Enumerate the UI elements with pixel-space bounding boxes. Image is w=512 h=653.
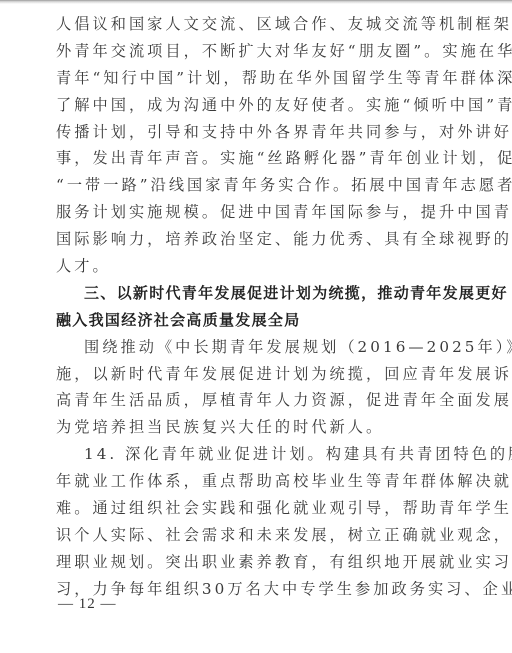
body-line: 青年“知行中国”计划，帮助在华外国留学生等青年群体深入 <box>56 65 449 92</box>
document-page: 人倡议和国家人文交流、区域合作、友城交流等机制框架下的中 外青年交流项目，不断扩… <box>0 0 512 653</box>
body-line: “一带一路”沿线国家青年务实合作。拓展中国青年志愿者海外 <box>56 172 449 199</box>
intro-paragraph-line: 施，以新时代青年发展促进计划为统揽，回应青年发展诉求，提 <box>56 361 449 388</box>
body-line: 人倡议和国家人文交流、区域合作、友城交流等机制框架下的中 <box>56 11 449 38</box>
body-line: 国际影响力，培养政治坚定、能力优秀、具有全球视野的青年 <box>56 226 449 253</box>
section-heading-line-2: 融入我国经济社会高质量发展全局 <box>56 307 449 334</box>
page-top-edge <box>0 0 512 4</box>
item-14-line: 难。通过组织社会实践和强化就业观引导，帮助青年学生客观认 <box>56 495 449 522</box>
body-line: 服务计划实施规模。促进中国青年国际参与，提升中国青年组织 <box>56 199 449 226</box>
item-14-line: 识个人实际、社会需求和未来发展，树立正确就业观念，进行合 <box>56 522 449 549</box>
body-line: 人才。 <box>56 253 449 280</box>
body-line: 外青年交流项目，不断扩大对华友好“朋友圈”。实施在华外国 <box>56 38 449 65</box>
page-number: — 12 — <box>58 596 117 613</box>
body-line: 传播计划，引导和支持中外各界青年共同参与，对外讲好中国故 <box>56 119 449 146</box>
page-body-text: 人倡议和国家人文交流、区域合作、友城交流等机制框架下的中 外青年交流项目，不断扩… <box>56 11 449 603</box>
body-line: 事，发出青年声音。实施“丝路孵化器”青年创业计划，促进 <box>56 145 449 172</box>
section-heading-line-1: 三、以新时代青年发展促进计划为统揽，推动青年发展更好 <box>56 280 449 307</box>
item-14-line: 理职业规划。突出职业素养教育，有组织地开展就业实习和见 <box>56 549 449 576</box>
item-14-line: 14. 深化青年就业促进计划。构建具有共青团特色的服务青 <box>56 441 449 468</box>
item-14-line: 年就业工作体系，重点帮助高校毕业生等青年群体解决就业困 <box>56 468 449 495</box>
body-line: 了解中国，成为沟通中外的友好使者。实施“倾听中国”青年 <box>56 92 449 119</box>
intro-paragraph-line: 围绕推动《中长期青年发展规划（2016—2025年）》纵深实 <box>56 334 449 361</box>
intro-paragraph-line: 高青年生活品质，厚植青年人力资源，促进青年全面发展，努力 <box>56 387 449 414</box>
intro-paragraph-line: 为党培养担当民族复兴大任的时代新人。 <box>56 414 449 441</box>
